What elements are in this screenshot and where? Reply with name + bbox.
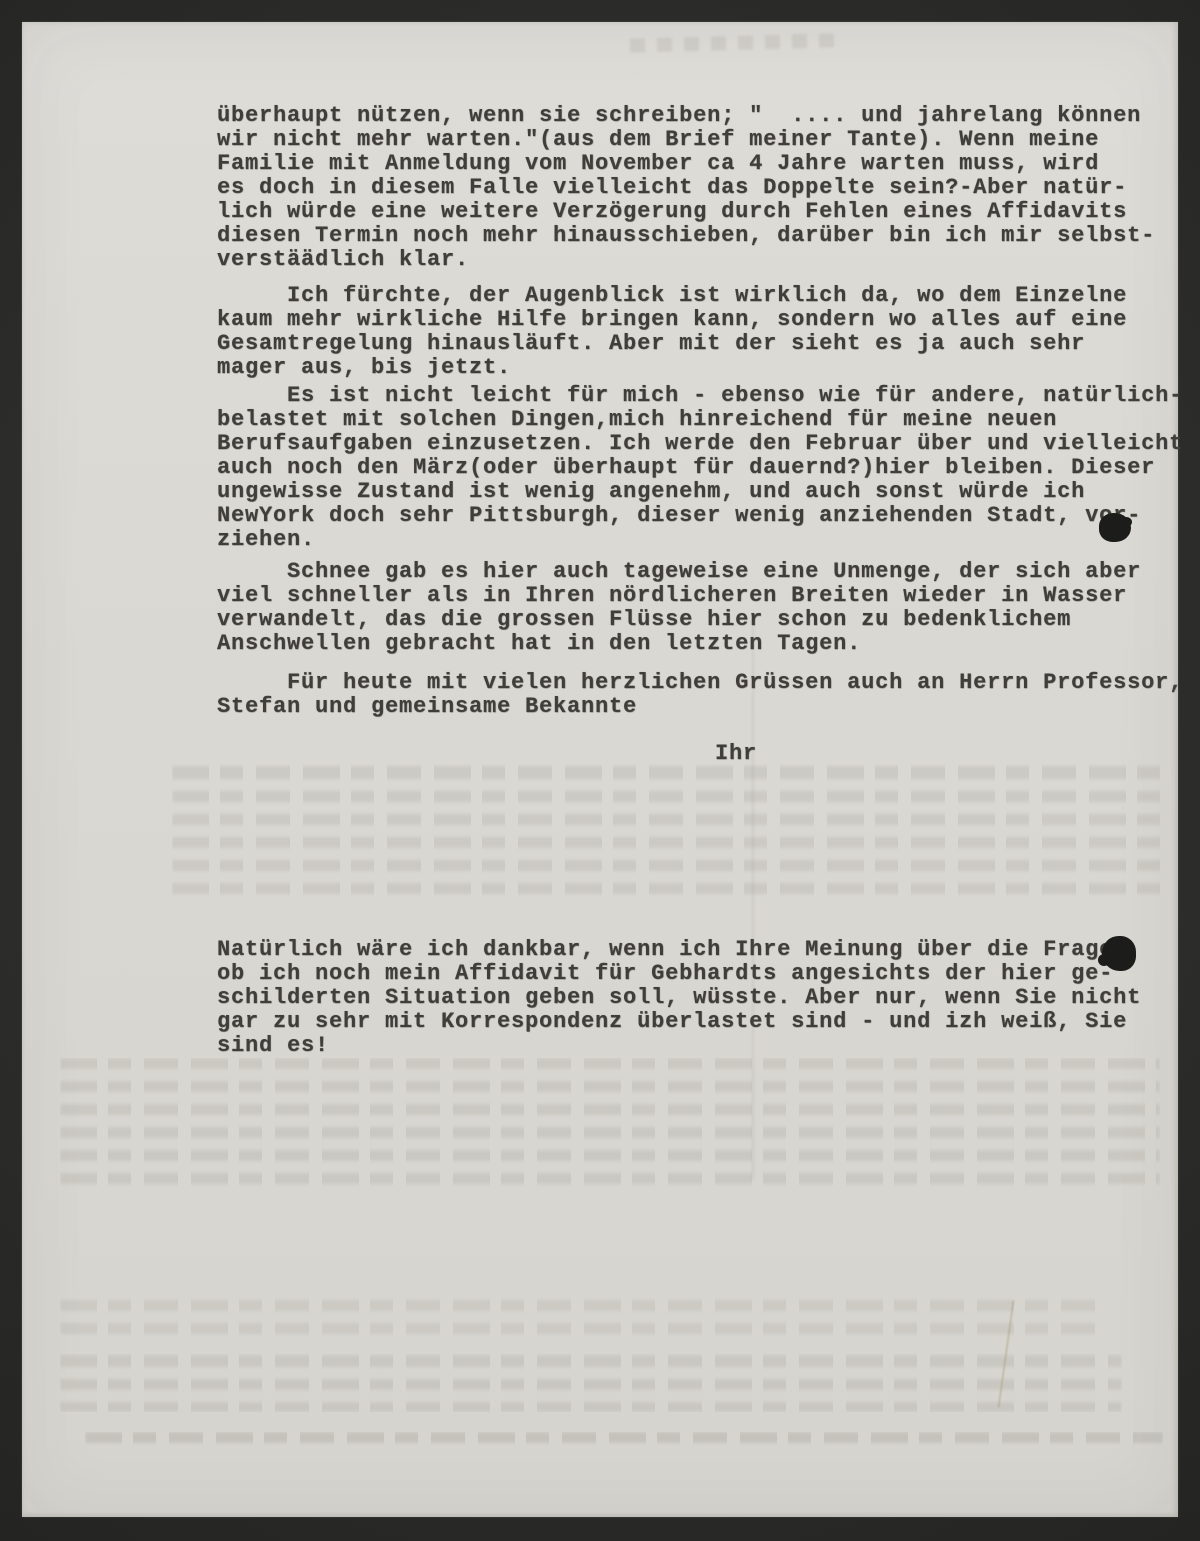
scanned-letter: überhaupt nützen, wenn sie schreiben; " …: [0, 0, 1200, 1541]
bleedthrough-ghost-text: [60, 1354, 1122, 1412]
paragraph-general-settlement: Ich fürchte, der Augenblick ist wirklich…: [217, 284, 1200, 380]
pencil-smudge: [630, 33, 835, 52]
hole-punch-top: [1099, 513, 1131, 542]
bleedthrough-ghost-text: [172, 764, 1162, 904]
paragraph-greetings: Für heute mit vielen herzlichen Grüssen …: [217, 671, 1200, 719]
letter-paper: überhaupt nützen, wenn sie schreiben; " …: [22, 22, 1178, 1517]
bleedthrough-ghost-text: [60, 1058, 1160, 1190]
bleedthrough-ghost-text: [60, 1294, 1100, 1338]
hole-punch-bottom: [1102, 936, 1136, 971]
bleedthrough-ghost-text: [85, 1432, 1163, 1454]
valediction: Ihr: [715, 742, 835, 766]
paragraph-stay-in-pittsburgh: Es ist nicht leicht für mich - ebenso wi…: [217, 384, 1200, 552]
postscript-paragraph: Natürlich wäre ich dankbar, wenn ich Ihr…: [217, 938, 1200, 1058]
paragraph-snow-and-rivers: Schnee gab es hier auch tageweise eine U…: [217, 560, 1200, 656]
paper-crease: [752, 620, 754, 1180]
paragraph-affidavit-waiting-time: überhaupt nützen, wenn sie schreiben; " …: [217, 104, 1200, 272]
